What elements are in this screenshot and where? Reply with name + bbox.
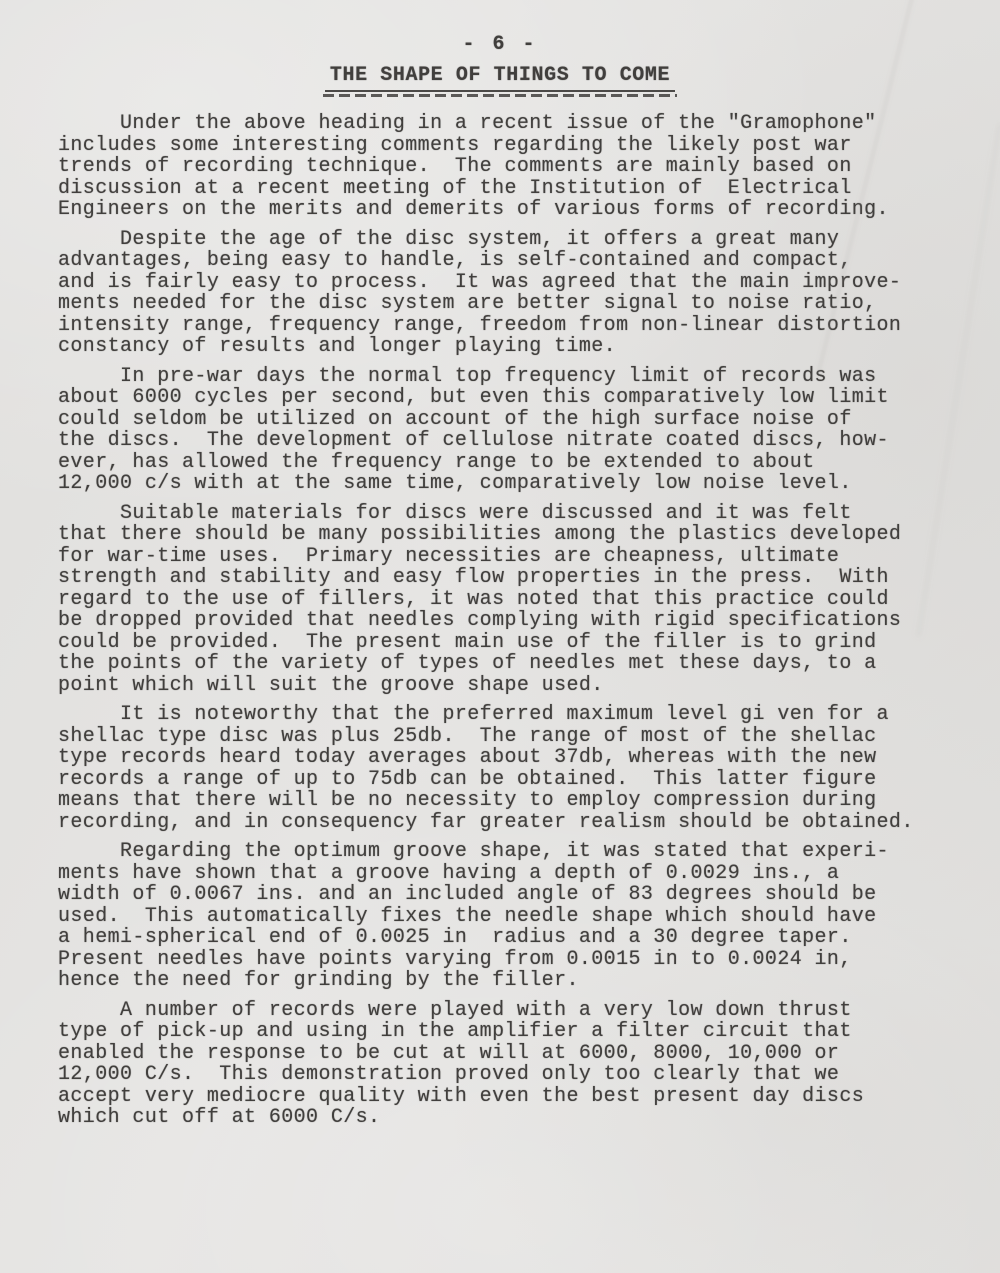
paragraph: Suitable materials for discs were discus… <box>58 503 942 697</box>
paragraph: It is noteworthy that the preferred maxi… <box>58 704 942 833</box>
page-number: - 6 - <box>58 34 942 56</box>
paragraph: In pre-war days the normal top frequency… <box>58 366 942 495</box>
document-title: THE SHAPE OF THINGS TO COME <box>58 65 942 92</box>
paragraph: A number of records were played with a v… <box>58 1000 942 1129</box>
document-title-text: THE SHAPE OF THINGS TO COME <box>325 65 675 92</box>
document-page: - 6 - THE SHAPE OF THINGS TO COME Under … <box>0 0 1000 1273</box>
paragraph: Under the above heading in a recent issu… <box>58 113 942 221</box>
document-body: Under the above heading in a recent issu… <box>58 113 942 1129</box>
paragraph: Despite the age of the disc system, it o… <box>58 229 942 358</box>
paragraph: Regarding the optimum groove shape, it w… <box>58 841 942 992</box>
